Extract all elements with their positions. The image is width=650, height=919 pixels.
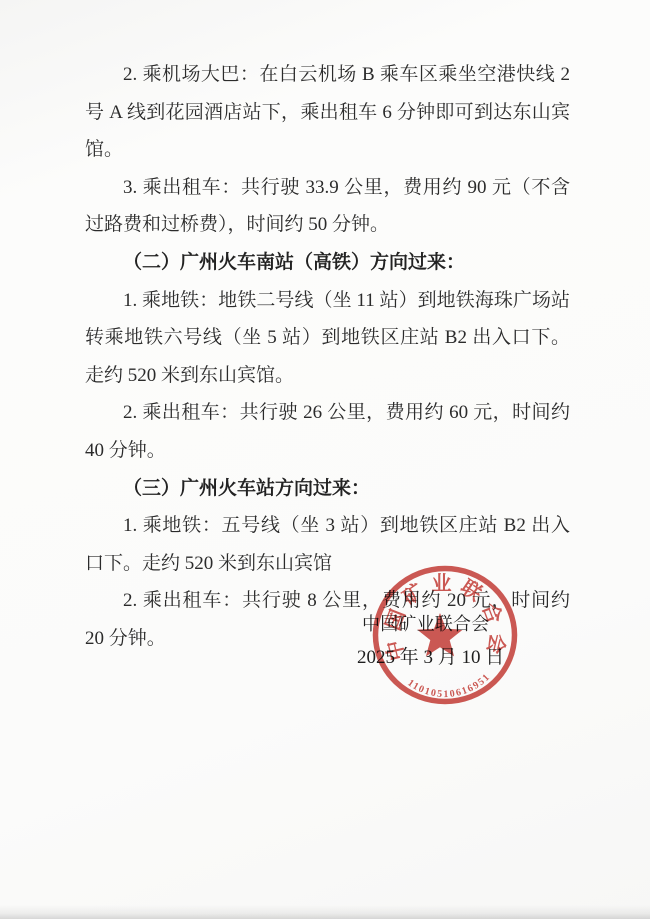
- document-body: 2. 乘机场大巴：在白云机场 B 乘车区乘坐空港快线 2 号 A 线到花园酒店站…: [0, 0, 650, 658]
- official-seal-stamp: 中国矿业联合会 11010510616951: [365, 558, 525, 708]
- section-heading: （二）广州火车南站（高铁）方向过来：: [85, 244, 570, 282]
- page-bottom-shadow: [0, 905, 650, 919]
- document-page: 2. 乘机场大巴：在白云机场 B 乘车区乘坐空港快线 2 号 A 线到花园酒店站…: [0, 0, 650, 919]
- seal-star-icon: [417, 613, 463, 656]
- paragraph: 2. 乘机场大巴：在白云机场 B 乘车区乘坐空港快线 2 号 A 线到花园酒店站…: [85, 56, 570, 169]
- paragraph: 3. 乘出租车：共行驶 33.9 公里，费用约 90 元（不含过路费和过桥费），…: [85, 169, 570, 244]
- paragraph: 2. 乘出租车：共行驶 26 公里，费用约 60 元，时间约 40 分钟。: [85, 394, 570, 469]
- section-heading: （三）广州火车站方向过来：: [85, 470, 570, 508]
- paragraph: 1. 乘地铁：地铁二号线（坐 11 站）到地铁海珠广场站转乘地铁六号线（坐 5 …: [85, 282, 570, 395]
